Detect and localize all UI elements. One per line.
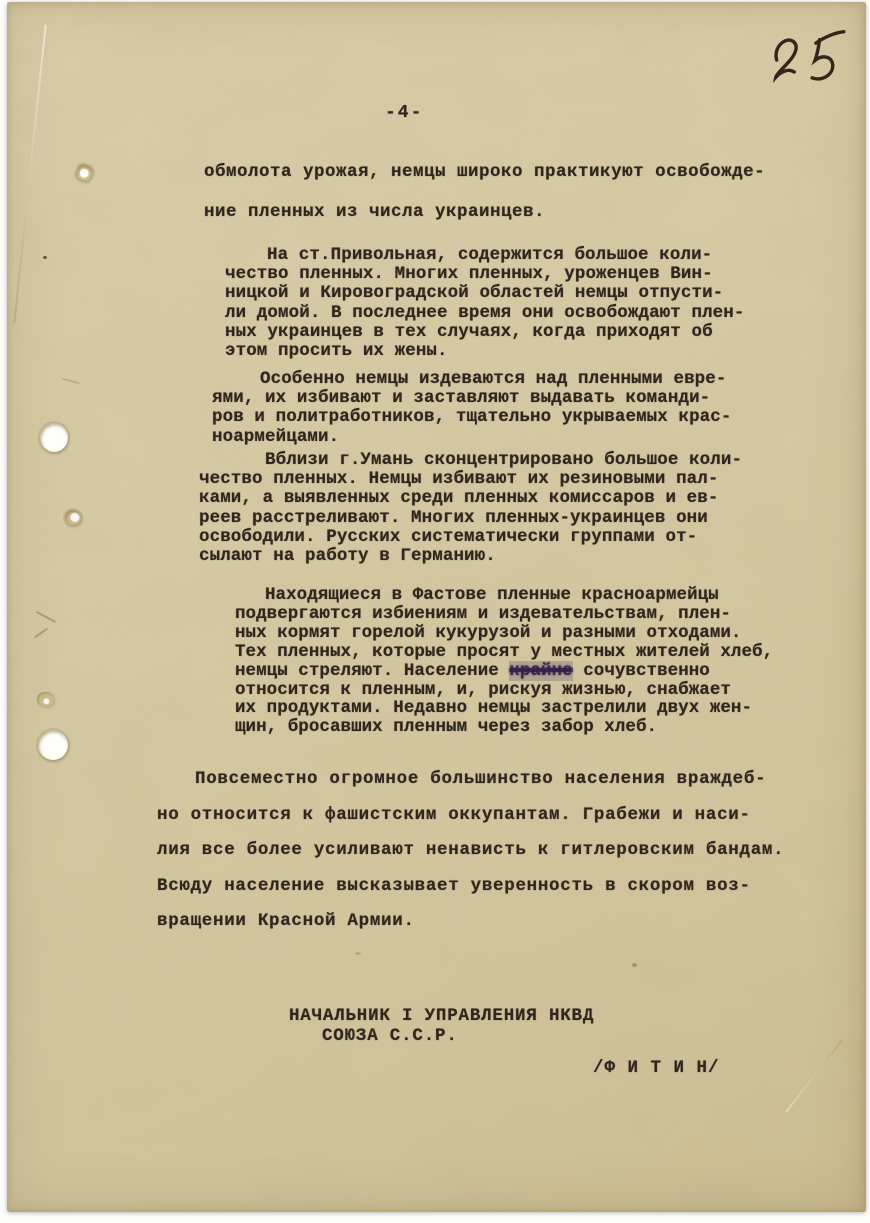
text-line: реев расстреливают. Многих пленных-украи… — [199, 509, 742, 528]
text-line: но относится к фашистским оккупантам. Гр… — [157, 798, 784, 834]
paper-scratch — [36, 611, 56, 623]
text-line: подвергаются избиениям и издевательствам… — [235, 605, 773, 624]
text-line: щин, бросавших пленным через забор хлеб. — [235, 718, 773, 737]
paragraph-6: Повсеместно огромное большинство населен… — [157, 762, 784, 940]
text-line: Повсеместно огромное большинство населен… — [157, 762, 784, 798]
punch-hole — [38, 730, 68, 760]
text-line: ками, а выявленных среди пленных комисса… — [199, 489, 742, 508]
text-line: Всюду население высказывает уверенность … — [157, 869, 784, 905]
paragraph-1: обмолота урожая, немцы широко практикуют… — [204, 152, 765, 232]
paper-scratch — [62, 378, 80, 384]
ink-speck — [43, 256, 47, 259]
text-line: их продуктами. Недавно немцы застрелили … — [235, 699, 773, 718]
struck-out-word: крайне — [509, 661, 572, 681]
punch-hole — [40, 423, 68, 452]
signature-title-line: СОЮЗА С.С.Р. — [289, 1026, 594, 1046]
text-line: чество пленных. Многих пленных, уроженце… — [225, 265, 744, 284]
signer-name: /Ф И Т И Н/ — [593, 1058, 720, 1078]
paragraph-2: На ст.Привольная, содержится большое кол… — [225, 246, 744, 361]
paragraph-5: Находящиеся в Фастове пленные красноарме… — [235, 586, 773, 737]
text-line: ями, их избивают и заставляют выдавать к… — [212, 389, 731, 408]
signature-block: НАЧАЛЬНИК I УПРАВЛЕНИЯ НКВД СОЮЗА С.С.Р. — [289, 1006, 594, 1046]
paragraph-4: Вблизи г.Умань сконцентрировано большое … — [199, 451, 742, 566]
paper-hole — [37, 692, 54, 707]
text-line: ров и политработников, тщательно укрывае… — [212, 408, 731, 427]
text-line: Тех пленных, которые просят у местных жи… — [235, 643, 773, 662]
text-line: Особенно немцы издеваются над пленными е… — [212, 370, 731, 389]
text-line: этом просить их жены. — [225, 342, 744, 361]
text-line: ных украинцев в тех случаях, когда прихо… — [225, 323, 744, 342]
text-line: обмолота урожая, немцы широко практикуют… — [204, 152, 765, 192]
text-line: немцы стреляют. Население крайне сочувст… — [235, 662, 773, 681]
paragraph-3: Особенно немцы издеваются над пленными е… — [212, 370, 731, 447]
text-line: Вблизи г.Умань сконцентрировано большое … — [199, 451, 742, 470]
paper-hole — [65, 510, 81, 525]
text-line: На ст.Привольная, содержится большое кол… — [225, 246, 744, 265]
text-line: ницкой и Кировоградской областей немцы о… — [225, 284, 744, 303]
document-scan: -4- обмолота урожая, немцы широко практи… — [0, 0, 870, 1223]
text-line: относится к пленным, и, рискуя жизнью, с… — [235, 681, 773, 700]
paper-crease — [785, 1039, 843, 1112]
ink-speck — [355, 952, 361, 955]
handwritten-page-number — [760, 17, 861, 105]
page-number: -4- — [385, 103, 423, 123]
text-line: сылают на работу в Германию. — [199, 547, 742, 566]
text-line: ных кормят горелой кукурузой и разными о… — [235, 624, 773, 643]
ink-speck — [632, 963, 637, 967]
text-line: ние пленных из числа украинцев. — [204, 192, 765, 232]
document-page: -4- обмолота урожая, немцы широко практи… — [7, 2, 866, 1212]
signature-title-line: НАЧАЛЬНИК I УПРАВЛЕНИЯ НКВД — [289, 1006, 594, 1026]
text-line: ноармейцами. — [212, 428, 731, 447]
text-segment: немцы стреляют. Население — [235, 661, 509, 681]
text-segment: сочувственно — [573, 661, 710, 681]
text-line: вращении Красной Армии. — [157, 904, 784, 940]
text-line: Находящиеся в Фастове пленные красноарме… — [235, 586, 773, 605]
paper-hole — [75, 163, 95, 183]
paper-crease — [13, 25, 46, 324]
text-line: лия все более усиливают ненависть к гитл… — [157, 833, 784, 869]
paper-scratch — [34, 628, 48, 638]
text-line: освободили. Русских систематически групп… — [199, 528, 742, 547]
text-line: чество пленных. Немцы избивают их резино… — [199, 470, 742, 489]
text-line: ли домой. В последнее время они освобожд… — [225, 304, 744, 323]
